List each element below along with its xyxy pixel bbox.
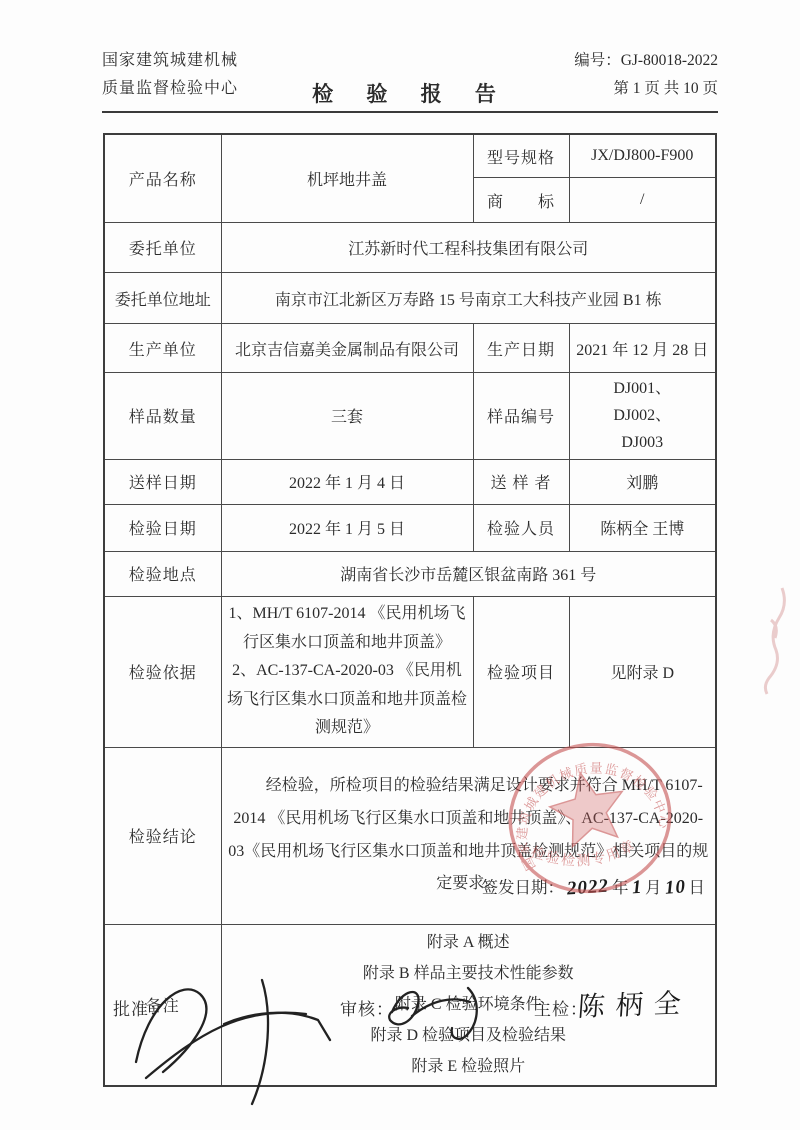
- location-label: 检验地点: [104, 551, 221, 596]
- table-row: 送样日期 2022 年 1 月 4 日 送 样 者 刘鹏: [104, 459, 716, 504]
- report-title: 检 验 报 告: [312, 82, 510, 106]
- day-char: 日: [689, 878, 706, 897]
- table-row: 产品名称 机坪地井盖 型号规格 JX/DJ800-F900: [104, 134, 716, 178]
- table-row: 检验日期 2022 年 1 月 5 日 检验人员 陈柄全 王博: [104, 504, 716, 551]
- manufacturer-label: 生产单位: [104, 324, 221, 373]
- report-page: 国家建筑城建机械 质量监督检验中心 检 验 报 告 编号：GJ-80018-20…: [0, 0, 800, 1130]
- header-title-wrap: 检 验 报 告: [280, 78, 528, 111]
- delivery-date-label: 送样日期: [104, 459, 221, 504]
- report-table: 产品名称 机坪地井盖 型号规格 JX/DJ800-F900 商 标 / 委托单位…: [103, 133, 717, 1087]
- location-value: 湖南省长沙市岳麓区银盆南路 361 号: [221, 551, 716, 596]
- page-indicator: 第 1 页 共 10 页: [528, 75, 718, 103]
- table-row: 检验依据 1、MH/T 6107-2014 《民用机场飞行区集水口顶盖和地井顶盖…: [104, 596, 716, 747]
- conclusion-cell: 经检验，所检项目的检验结果满足设计要求并符合 MH/T 6107-2014 《民…: [221, 747, 716, 924]
- items-value: 见附录 D: [569, 596, 716, 747]
- sample-qty-label: 样品数量: [104, 373, 221, 460]
- chief-signature: 陈柄全: [577, 981, 694, 1024]
- sign-month-handwritten: 1: [630, 868, 643, 908]
- report-number: 编号：GJ-80018-2022: [528, 47, 718, 75]
- month-char: 月: [645, 878, 662, 897]
- production-date-value: 2021 年 12 月 28 日: [569, 324, 716, 373]
- trademark-value: /: [569, 178, 716, 223]
- inspect-date-label: 检验日期: [104, 504, 221, 551]
- delivery-date-value: 2022 年 1 月 4 日: [221, 459, 473, 504]
- model-label: 型号规格: [473, 134, 569, 178]
- review-label: 审核：: [340, 995, 394, 1020]
- sample-qty-value: 三套: [221, 373, 473, 460]
- red-ghost-mark: [765, 588, 784, 694]
- conclusion-label: 检验结论: [104, 747, 221, 924]
- sample-no-value: DJ001、DJ002、DJ003: [569, 373, 716, 460]
- inspectors-value: 陈柄全 王博: [569, 504, 716, 551]
- client-label: 委托单位: [104, 223, 221, 273]
- production-date-label: 生产日期: [473, 324, 569, 373]
- org-name-line1: 国家建筑城建机械: [102, 47, 280, 75]
- basis-label: 检验依据: [104, 596, 221, 747]
- org-name-line2: 质量监督检验中心: [102, 75, 280, 103]
- model-value: JX/DJ800-F900: [569, 134, 716, 178]
- sign-year-handwritten: 2022: [566, 867, 611, 909]
- deliverer-value: 刘鹏: [569, 459, 716, 504]
- client-address-value: 南京市江北新区万寿路 15 号南京工大科技产业园 B1 栋: [221, 273, 716, 324]
- table-row: 检验地点 湖南省长沙市岳麓区银盆南路 361 号: [104, 551, 716, 596]
- client-address-label: 委托单位地址: [104, 273, 221, 324]
- table-row: 检验结论 经检验，所检项目的检验结果满足设计要求并符合 MH/T 6107-20…: [104, 747, 716, 924]
- inspect-date-value: 2022 年 1 月 5 日: [221, 504, 473, 551]
- table-row: 委托单位 江苏新时代工程科技集团有限公司: [104, 223, 716, 273]
- issuing-org: 国家建筑城建机械 质量监督检验中心: [102, 47, 280, 103]
- sample-no-label: 样品编号: [473, 373, 569, 460]
- sign-date-line: 签发日期：2022年1月10日: [482, 869, 706, 908]
- inspectors-label: 检验人员: [473, 504, 569, 551]
- items-label: 检验项目: [473, 596, 569, 747]
- approve-label: 批准：: [113, 995, 167, 1020]
- table-row: 样品数量 三套 样品编号 DJ001、DJ002、DJ003: [104, 373, 716, 460]
- sign-day-handwritten: 10: [663, 868, 687, 908]
- deliverer-label: 送 样 者: [473, 459, 569, 504]
- product-name-value: 机坪地井盖: [221, 134, 473, 223]
- sign-date-label: 签发日期：: [482, 878, 565, 897]
- table-row: 委托单位地址 南京市江北新区万寿路 15 号南京工大科技产业园 B1 栋: [104, 273, 716, 324]
- client-value: 江苏新时代工程科技集团有限公司: [221, 223, 716, 273]
- product-name-label: 产品名称: [104, 134, 221, 223]
- table-row: 生产单位 北京吉信嘉美金属制品有限公司 生产日期 2021 年 12 月 28 …: [104, 324, 716, 373]
- header-meta: 编号：GJ-80018-2022 第 1 页 共 10 页: [528, 47, 718, 103]
- basis-value: 1、MH/T 6107-2014 《民用机场飞行区集水口顶盖和地井顶盖》2、AC…: [221, 596, 473, 747]
- report-header: 国家建筑城建机械 质量监督检验中心 检 验 报 告 编号：GJ-80018-20…: [102, 47, 718, 113]
- trademark-label: 商 标: [473, 178, 569, 223]
- year-char: 年: [612, 878, 629, 897]
- manufacturer-value: 北京吉信嘉美金属制品有限公司: [221, 324, 473, 373]
